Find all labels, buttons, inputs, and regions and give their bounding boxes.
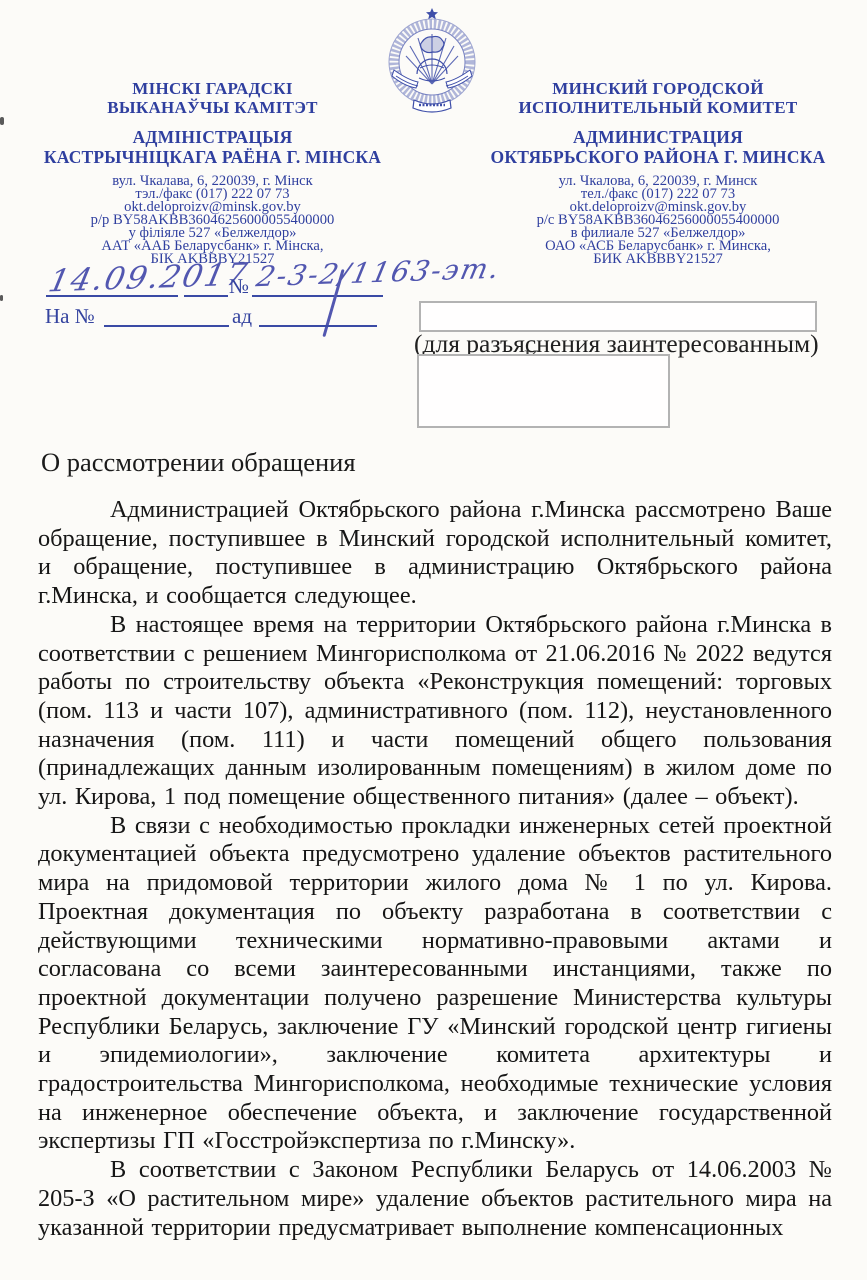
admin-name-line: КАСТРЫЧНІЦКАГА РАЁНА Г. МІНСКА (40, 147, 385, 167)
org-name-line: ВЫКАНАЎЧЫ КАМІТЭТ (40, 99, 385, 118)
org-name-line: МИНСКИЙ ГОРОДСКОЙ (483, 80, 833, 99)
admin-name-line: ОКТЯБРЬСКОГО РАЙОНА Г. МИНСКА (483, 147, 833, 167)
bank-bic-line: БИК AKBBBY21527 (483, 253, 833, 266)
admin-name-line: АДМИНИСТРАЦИЯ (483, 127, 833, 147)
letter-body: Администрацией Октябрьского района г.Мин… (38, 496, 832, 1242)
scanned-letter-page: МІНСКІ ГАРАДСКІ ВЫКАНАЎЧЫ КАМІТЭТ АДМІНІ… (0, 0, 867, 1280)
reply-date-underline (259, 325, 377, 327)
letterhead-russian: МИНСКИЙ ГОРОДСКОЙ ИСПОЛНИТЕЛЬНЫЙ КОМИТЕТ… (483, 80, 833, 266)
body-paragraph: В связи с необходимостью прокладки инжен… (38, 812, 832, 1156)
date-underline (46, 295, 178, 297)
reply-to-label: На № (45, 304, 95, 329)
admin-name-line: АДМІНІСТРАЦЫЯ (40, 127, 385, 147)
number-sign-label: № (229, 274, 249, 299)
org-name-line: ИСПОЛНИТЕЛЬНЫЙ КОМИТЕТ (483, 99, 833, 118)
reply-from-label: ад (232, 304, 252, 329)
body-paragraph: В настоящее время на территории Октябрьс… (38, 611, 832, 812)
date-underline (184, 295, 228, 297)
body-paragraph: В соответствии с Законом Республики Бела… (38, 1156, 832, 1242)
letterhead-belarusian: МІНСКІ ГАРАДСКІ ВЫКАНАЎЧЫ КАМІТЭТ АДМІНІ… (40, 80, 385, 266)
redaction-box-address (417, 354, 670, 428)
scan-speck-artifact (0, 117, 4, 125)
belarus-coat-of-arms-icon (384, 6, 480, 114)
body-paragraph: Администрацией Октябрьского района г.Мин… (38, 496, 832, 611)
number-underline (252, 295, 383, 297)
org-name-line: МІНСКІ ГАРАДСКІ (40, 80, 385, 99)
scan-speck-artifact (0, 295, 3, 301)
reply-number-underline (104, 325, 229, 327)
redaction-box-recipient (419, 301, 817, 332)
handwritten-date: 14.09.2017 (45, 257, 252, 300)
letter-subject: О рассмотрении обращения (41, 447, 356, 478)
clipped-text-artifact: ул. Кирова (492, 347, 632, 354)
